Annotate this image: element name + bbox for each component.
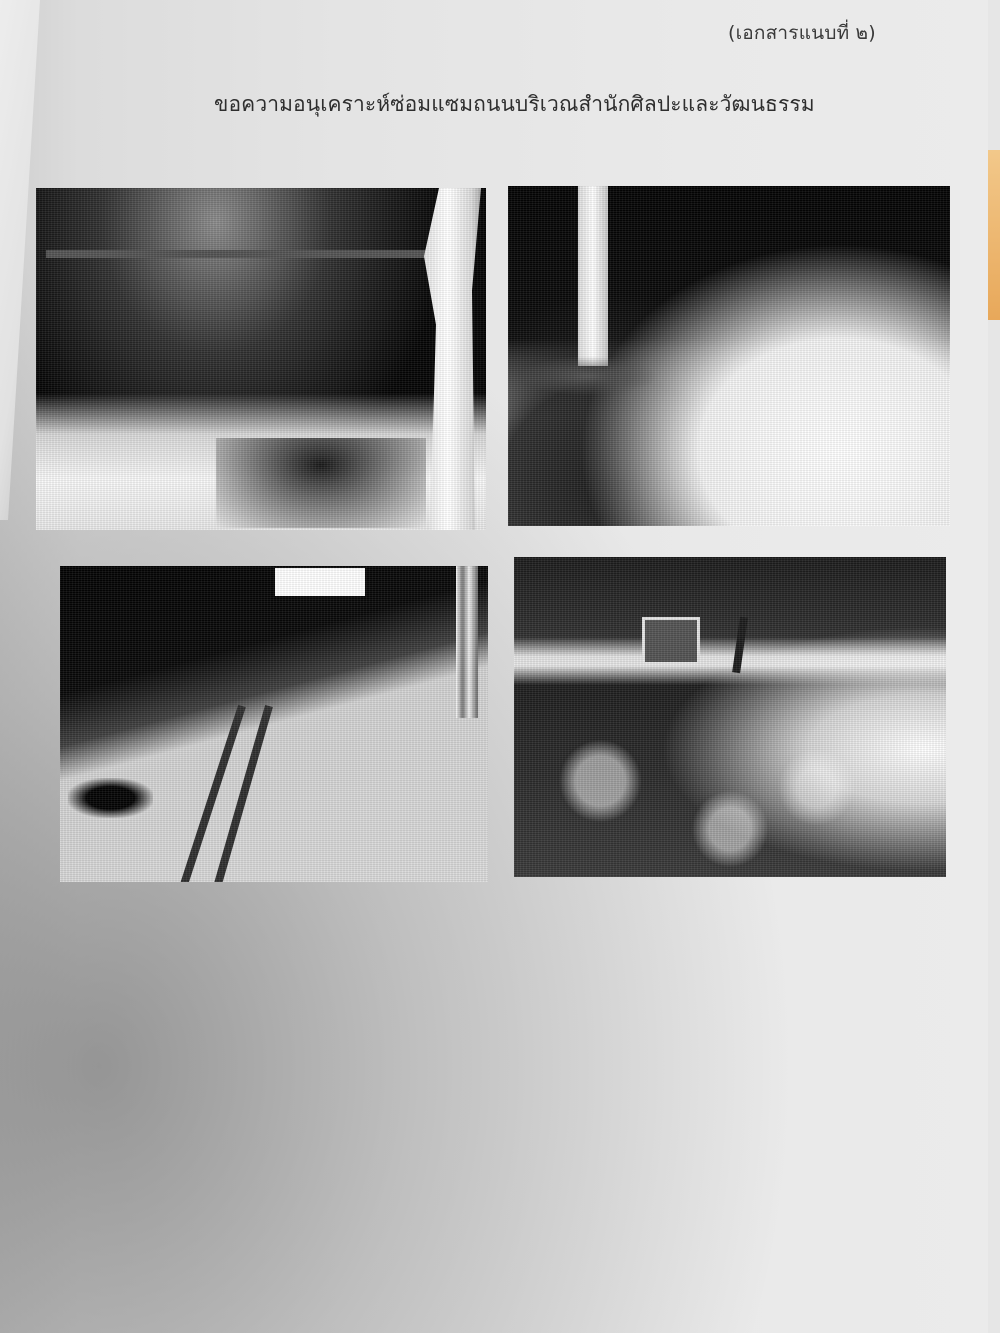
tree-base-shape	[518, 356, 658, 396]
shadow-shape	[68, 778, 153, 818]
tire-track-shape	[213, 705, 273, 882]
post-shape	[456, 566, 478, 718]
photographed-document: (เอกสารแนบที่ ๒) ขอความอนุเคราะห์ซ่อมแซม…	[0, 0, 1000, 1333]
attachment-label: (เอกสารแนบที่ ๒)	[728, 18, 876, 48]
photo-3	[60, 566, 488, 882]
building-window-shape	[275, 568, 365, 596]
tree-trunk-shape	[424, 188, 484, 530]
photo-1	[36, 188, 486, 530]
signboard-shape	[642, 617, 700, 665]
tree-trunk-shape	[578, 186, 608, 366]
shadow-shape	[216, 438, 426, 528]
tree-trunk-shape	[732, 617, 748, 674]
paper-sheet: (เอกสารแนบที่ ๒) ขอความอนุเคราะห์ซ่อมแซม…	[0, 0, 988, 1333]
fence-shape	[46, 250, 426, 258]
page-tab-edge	[988, 150, 1000, 320]
document-title: ขอความอนุเคราะห์ซ่อมแซมถนนบริเวณสำนักศิล…	[214, 88, 815, 121]
paper-fold	[0, 0, 40, 520]
photo-2	[508, 186, 950, 526]
tire-track-shape	[179, 705, 245, 882]
photo-4	[514, 557, 946, 877]
